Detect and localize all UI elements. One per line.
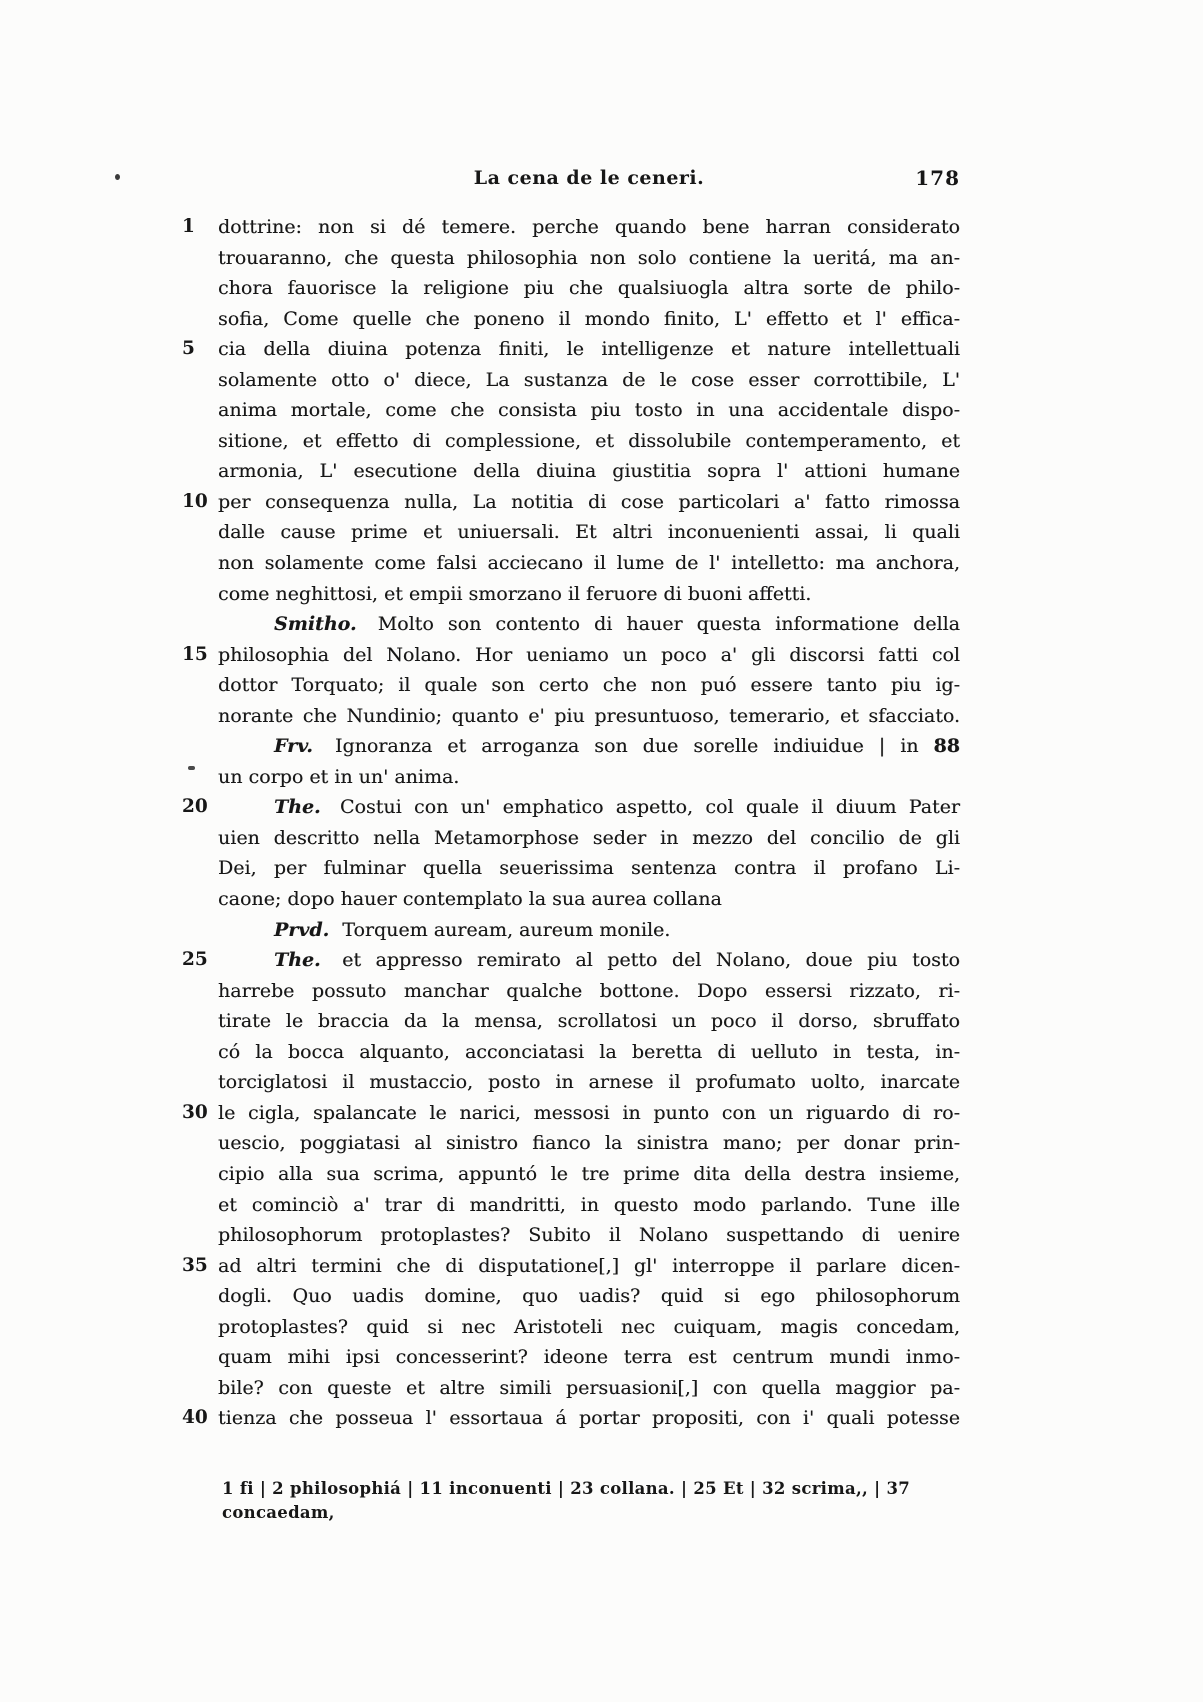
page-reference: 88	[934, 735, 960, 757]
ink-speck	[115, 174, 120, 180]
line-number	[150, 304, 218, 335]
line-text: The. et appresso remirato al petto del N…	[218, 945, 960, 976]
line-number	[150, 1067, 218, 1098]
text-block: 1dottrine: non si dé temere. perche quan…	[150, 212, 960, 1434]
line-text: philosophia del Nolano. Hor ueniamo un p…	[218, 640, 960, 671]
text-segment: tirate le braccia da la mensa, scrollato…	[218, 1010, 960, 1032]
text-segment: Torquem auream, aureum monile.	[336, 919, 670, 941]
text-line: 15philosophia del Nolano. Hor ueniamo un…	[150, 640, 960, 671]
text-segment: cia della diuina potenza finiti, le inte…	[218, 338, 960, 360]
line-number	[150, 1312, 218, 1343]
text-segment: có la bocca alquanto, acconciatasi la be…	[218, 1041, 960, 1063]
text-segment: come neghittosi, et empii smorzano il fe…	[218, 583, 811, 605]
text-line: tirate le braccia da la mensa, scrollato…	[150, 1006, 960, 1037]
line-text: torciglatosi il mustaccio, posto in arne…	[218, 1067, 960, 1098]
line-number	[150, 1373, 218, 1404]
text-line: anima mortale, come che consista piu tos…	[150, 395, 960, 426]
text-line: solamente otto o' diece, La sustanza de …	[150, 365, 960, 396]
line-number	[150, 976, 218, 1007]
speaker-name: Smitho.	[274, 613, 364, 635]
line-number: 10	[150, 487, 218, 518]
line-text: come neghittosi, et empii smorzano il fe…	[218, 579, 960, 610]
text-line: harrebe possuto manchar qualche bottone.…	[150, 976, 960, 1007]
line-number	[150, 456, 218, 487]
text-segment: et appresso remirato al petto del Nolano…	[328, 949, 960, 971]
line-number	[150, 1190, 218, 1221]
line-text: solamente otto o' diece, La sustanza de …	[218, 365, 960, 396]
text-line: non solamente come falsi acciecano il lu…	[150, 548, 960, 579]
text-segment: philosophorum protoplastes? Subito il No…	[218, 1224, 960, 1246]
line-text: non solamente come falsi acciecano il lu…	[218, 548, 960, 579]
line-number	[150, 1037, 218, 1068]
line-text: et cominciò a' trar di mandritti, in que…	[218, 1190, 960, 1221]
text-line: dalle cause prime et uniuersali. Et altr…	[150, 517, 960, 548]
text-segment: uescio, poggiatasi al sinistro fianco la…	[218, 1132, 960, 1154]
text-line: caone; dopo hauer contemplato la sua aur…	[150, 884, 960, 915]
text-line: et cominciò a' trar di mandritti, in que…	[150, 1190, 960, 1221]
text-line: 35ad altri termini che di disputatione[,…	[150, 1251, 960, 1282]
text-line: trouaranno, che questa philosophia non s…	[150, 243, 960, 274]
text-line: torciglatosi il mustaccio, posto in arne…	[150, 1067, 960, 1098]
text-segment: tienza che posseua l' essortaua á portar…	[218, 1407, 960, 1429]
text-line: 30le cigla, spalancate le narici, messos…	[150, 1098, 960, 1129]
text-segment: harrebe possuto manchar qualche bottone.…	[218, 980, 960, 1002]
line-text: cia della diuina potenza finiti, le inte…	[218, 334, 960, 365]
text-segment: sofia, Come quelle che poneno il mondo f…	[218, 308, 960, 330]
text-segment: sitione, et effetto di complessione, et …	[218, 430, 960, 452]
line-text: quam mihi ipsi concesserint? ideone terr…	[218, 1342, 960, 1373]
speaker-name: The.	[274, 796, 328, 818]
text-segment: solamente otto o' diece, La sustanza de …	[218, 369, 960, 391]
line-text: tirate le braccia da la mensa, scrollato…	[218, 1006, 960, 1037]
text-segment: per consequenza nulla, La notitia di cos…	[218, 491, 960, 513]
line-text: bile? con queste et altre simili persuas…	[218, 1373, 960, 1404]
text-line: 25The. et appresso remirato al petto del…	[150, 945, 960, 976]
line-text: le cigla, spalancate le narici, messosi …	[218, 1098, 960, 1129]
line-text: sitione, et effetto di complessione, et …	[218, 426, 960, 457]
line-text: dottrine: non si dé temere. perche quand…	[218, 212, 960, 243]
line-text: armonia, L' esecutione della diuina gius…	[218, 456, 960, 487]
line-number	[150, 517, 218, 548]
line-text: philosophorum protoplastes? Subito il No…	[218, 1220, 960, 1251]
line-text: Smitho. Molto son contento di hauer ques…	[218, 609, 960, 640]
running-title: La cena de le ceneri.	[218, 166, 960, 190]
text-line: Dei, per fulminar quella seuerissima sen…	[150, 853, 960, 884]
line-number: 25	[150, 945, 218, 976]
text-line: sitione, et effetto di complessione, et …	[150, 426, 960, 457]
speaker-name: Prvd.	[274, 919, 336, 941]
text-line: sofia, Come quelle che poneno il mondo f…	[150, 304, 960, 335]
line-text: caone; dopo hauer contemplato la sua aur…	[218, 884, 960, 915]
line-number	[150, 1281, 218, 1312]
line-number: 35	[150, 1251, 218, 1282]
line-number: 30	[150, 1098, 218, 1129]
text-line: armonia, L' esecutione della diuina gius…	[150, 456, 960, 487]
speaker-name: The.	[274, 949, 328, 971]
line-number	[150, 670, 218, 701]
text-line: có la bocca alquanto, acconciatasi la be…	[150, 1037, 960, 1068]
running-head: La cena de le ceneri. 178	[218, 166, 960, 190]
text-segment: trouaranno, che questa philosophia non s…	[218, 247, 960, 269]
text-line: norante che Nundinio; quanto e' piu pres…	[150, 701, 960, 732]
line-number: 40	[150, 1403, 218, 1434]
text-line: 20The. Costui con un' emphatico aspetto,…	[150, 792, 960, 823]
text-line: 1dottrine: non si dé temere. perche quan…	[150, 212, 960, 243]
line-text: Frv. Ignoranza et arroganza son due sore…	[218, 731, 960, 762]
text-line: Smitho. Molto son contento di hauer ques…	[150, 609, 960, 640]
text-segment: protoplastes? quid si nec Aristoteli nec…	[218, 1316, 960, 1338]
text-segment: ad altri termini che di disputatione[,] …	[218, 1255, 960, 1277]
line-text: uien descritto nella Metamorphose seder …	[218, 823, 960, 854]
text-segment: bile? con queste et altre simili persuas…	[218, 1377, 960, 1399]
line-text: Dei, per fulminar quella seuerissima sen…	[218, 853, 960, 884]
line-text: dottor Torquato; il quale son certo che …	[218, 670, 960, 701]
line-number	[150, 365, 218, 396]
text-line: philosophorum protoplastes? Subito il No…	[150, 1220, 960, 1251]
line-text: cipio alla sua scrima, appuntó le tre pr…	[218, 1159, 960, 1190]
line-text: protoplastes? quid si nec Aristoteli nec…	[218, 1312, 960, 1343]
line-number	[150, 1342, 218, 1373]
apparatus-line: 1 fi | 2 philosophiá | 11 inconuenti | 2…	[222, 1477, 1014, 1525]
text-line: 10per consequenza nulla, La notitia di c…	[150, 487, 960, 518]
page-number: 178	[915, 166, 960, 190]
line-number: 15	[150, 640, 218, 671]
text-segment: quam mihi ipsi concesserint? ideone terr…	[218, 1346, 960, 1368]
line-number: 1	[150, 212, 218, 243]
line-number	[150, 548, 218, 579]
text-line: cipio alla sua scrima, appuntó le tre pr…	[150, 1159, 960, 1190]
line-text: uescio, poggiatasi al sinistro fianco la…	[218, 1128, 960, 1159]
line-number	[150, 243, 218, 274]
text-line: come neghittosi, et empii smorzano il fe…	[150, 579, 960, 610]
line-text: The. Costui con un' emphatico aspetto, c…	[218, 792, 960, 823]
text-segment: dottrine: non si dé temere. perche quand…	[218, 216, 960, 238]
text-segment: armonia, L' esecutione della diuina gius…	[218, 460, 960, 482]
line-number	[150, 731, 218, 762]
text-segment: philosophia del Nolano. Hor ueniamo un p…	[218, 644, 960, 666]
line-text: anima mortale, come che consista piu tos…	[218, 395, 960, 426]
text-line: dottor Torquato; il quale son certo che …	[150, 670, 960, 701]
line-number	[150, 823, 218, 854]
line-text: ad altri termini che di disputatione[,] …	[218, 1251, 960, 1282]
line-number: 5	[150, 334, 218, 365]
text-line: chora fauorisce la religione piu che qua…	[150, 273, 960, 304]
line-text: có la bocca alquanto, acconciatasi la be…	[218, 1037, 960, 1068]
text-segment: un corpo et in un' anima.	[218, 766, 459, 788]
text-segment: Molto son contento di hauer questa infor…	[364, 613, 960, 635]
book-page: La cena de le ceneri. 178 1dottrine: non…	[0, 0, 1203, 1702]
line-number	[150, 853, 218, 884]
text-line: uescio, poggiatasi al sinistro fianco la…	[150, 1128, 960, 1159]
line-text: chora fauorisce la religione piu che qua…	[218, 273, 960, 304]
text-line: dogli. Quo uadis domine, quo uadis? quid…	[150, 1281, 960, 1312]
text-segment: uien descritto nella Metamorphose seder …	[218, 827, 960, 849]
line-text: norante che Nundinio; quanto e' piu pres…	[218, 701, 960, 732]
line-number	[150, 884, 218, 915]
text-line: quam mihi ipsi concesserint? ideone terr…	[150, 1342, 960, 1373]
text-segment: Ignoranza et arroganza son due sorelle i…	[320, 735, 934, 757]
text-line: 40tienza che posseua l' essortaua á port…	[150, 1403, 960, 1434]
text-line: bile? con queste et altre simili persuas…	[150, 1373, 960, 1404]
line-text: un corpo et in un' anima.	[218, 762, 960, 793]
line-text: per consequenza nulla, La notitia di cos…	[218, 487, 960, 518]
line-text: Prvd. Torquem auream, aureum monile.	[218, 915, 960, 946]
text-segment: dalle cause prime et uniuersali. Et altr…	[218, 521, 960, 543]
text-segment: anima mortale, come che consista piu tos…	[218, 399, 960, 421]
text-segment: Costui con un' emphatico aspetto, col qu…	[328, 796, 960, 818]
line-text: dogli. Quo uadis domine, quo uadis? quid…	[218, 1281, 960, 1312]
text-segment: torciglatosi il mustaccio, posto in arne…	[218, 1071, 960, 1093]
line-text: dalle cause prime et uniuersali. Et altr…	[218, 517, 960, 548]
speaker-name: Frv.	[274, 735, 320, 757]
text-line: Frv. Ignoranza et arroganza son due sore…	[150, 731, 960, 762]
text-segment: norante che Nundinio; quanto e' piu pres…	[218, 705, 960, 727]
text-segment: caone; dopo hauer contemplato la sua aur…	[218, 888, 722, 910]
text-segment: et cominciò a' trar di mandritti, in que…	[218, 1194, 960, 1216]
line-number	[150, 1128, 218, 1159]
line-number	[150, 609, 218, 640]
text-segment: cipio alla sua scrima, appuntó le tre pr…	[218, 1163, 960, 1185]
text-segment: Dei, per fulminar quella seuerissima sen…	[218, 857, 960, 879]
line-number	[150, 915, 218, 946]
line-number	[150, 579, 218, 610]
line-text: harrebe possuto manchar qualche bottone.…	[218, 976, 960, 1007]
text-line: un corpo et in un' anima.	[150, 762, 960, 793]
line-number	[150, 701, 218, 732]
line-number	[150, 1006, 218, 1037]
text-line: Prvd. Torquem auream, aureum monile.	[150, 915, 960, 946]
line-number: 20	[150, 792, 218, 823]
line-number	[150, 273, 218, 304]
line-number	[150, 395, 218, 426]
text-segment: chora fauorisce la religione piu che qua…	[218, 277, 960, 299]
line-text: sofia, Come quelle che poneno il mondo f…	[218, 304, 960, 335]
text-segment: dottor Torquato; il quale son certo che …	[218, 674, 960, 696]
line-number	[150, 1159, 218, 1190]
text-segment: dogli. Quo uadis domine, quo uadis? quid…	[218, 1285, 960, 1307]
text-segment: le cigla, spalancate le narici, messosi …	[218, 1102, 960, 1124]
text-line: 5cia della diuina potenza finiti, le int…	[150, 334, 960, 365]
line-number	[150, 762, 218, 793]
text-line: protoplastes? quid si nec Aristoteli nec…	[150, 1312, 960, 1343]
line-text: tienza che posseua l' essortaua á portar…	[218, 1403, 960, 1434]
text-segment: non solamente come falsi acciecano il lu…	[218, 552, 960, 574]
line-number	[150, 426, 218, 457]
line-number	[150, 1220, 218, 1251]
line-text: trouaranno, che questa philosophia non s…	[218, 243, 960, 274]
text-line: uien descritto nella Metamorphose seder …	[150, 823, 960, 854]
